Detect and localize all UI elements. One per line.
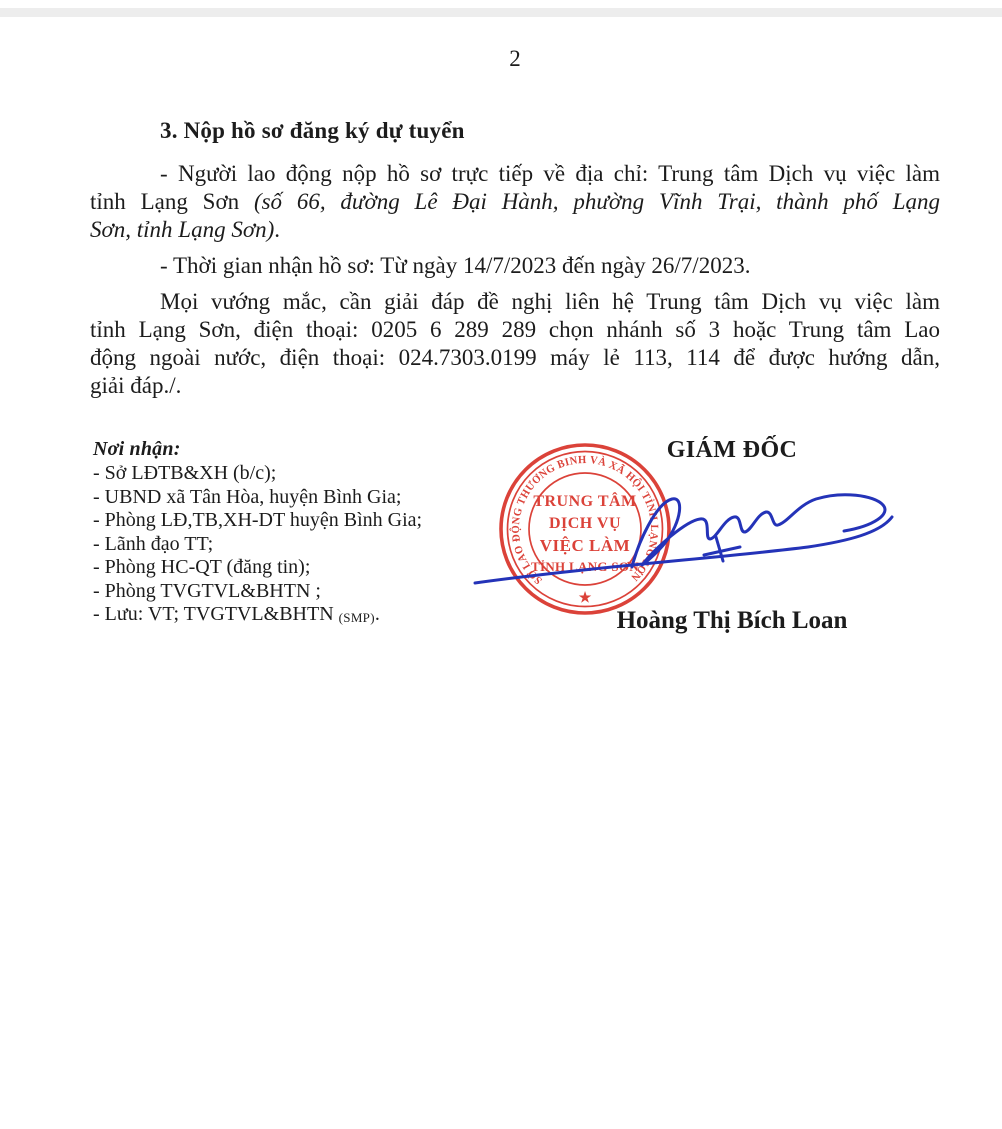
recipients-heading: Nơi nhận: — [93, 437, 513, 462]
text-segment: - Thời gian nhận hồ sơ: Từ ngày 14/7/202… — [160, 253, 750, 278]
recipients-list: - Sở LĐTB&XH (b/c);- UBND xã Tân Hòa, hu… — [93, 462, 513, 630]
recipient-item: - Phòng HC-QT (đăng tin); — [93, 556, 513, 580]
text-segment: (SMP) — [339, 610, 375, 625]
official-stamp: SỞ LAO ĐỘNG THƯƠNG BINH VÀ XÃ HỘI TỈNH L… — [501, 445, 669, 613]
screenshot-top-strip — [0, 8, 1002, 17]
paragraph-line: giải đáp./. — [90, 372, 940, 400]
text-segment: tỉnh Lạng Sơn, điện thoại: 0205 6 289 28… — [90, 317, 940, 342]
stamp-center-line-3: VIỆC LÀM — [540, 536, 630, 555]
text-segment: - UBND xã Tân Hòa, huyện Bình Gia; — [93, 486, 401, 508]
recipient-item: - Phòng TVGTVL&BHTN ; — [93, 580, 513, 604]
paragraph-line: - Người lao động nộp hồ sơ trực tiếp về … — [90, 160, 940, 188]
paragraph-line: Mọi vướng mắc, cần giải đáp đề nghị liên… — [90, 288, 940, 316]
text-segment: Sơn, tỉnh Lạng Sơn) — [90, 217, 274, 242]
paragraph-line: động ngoài nước, điện thoại: 024.7303.01… — [90, 344, 940, 372]
text-segment: Mọi vướng mắc, cần giải đáp đề nghị liên… — [160, 289, 940, 314]
text-segment: (số 66, đường Lê Đại Hành, phường Vĩnh T… — [254, 189, 940, 214]
stamp-center-line-1: TRUNG TÂM — [533, 491, 636, 510]
text-segment: - Sở LĐTB&XH (b/c); — [93, 462, 276, 484]
recipients-block: Nơi nhận: - Sở LĐTB&XH (b/c);- UBND xã T… — [93, 437, 513, 630]
paragraph-line: Sơn, tỉnh Lạng Sơn). — [90, 216, 940, 244]
text-segment: giải đáp./. — [90, 373, 181, 398]
star-icon: ★ — [579, 590, 592, 606]
paragraph-line: tỉnh Lạng Sơn (số 66, đường Lê Đại Hành,… — [90, 188, 940, 216]
section-heading: 3. Nộp hồ sơ đăng ký dự tuyển — [90, 116, 940, 146]
text-segment: động ngoài nước, điện thoại: 024.7303.01… — [90, 345, 940, 370]
text-segment: - Phòng LĐ,TB,XH-DT huyện Bình Gia; — [93, 509, 422, 531]
recipient-item: - UBND xã Tân Hòa, huyện Bình Gia; — [93, 486, 513, 510]
body-paragraph: - Thời gian nhận hồ sơ: Từ ngày 14/7/202… — [90, 252, 940, 280]
text-segment: - Phòng TVGTVL&BHTN ; — [93, 580, 321, 602]
recipient-item: - Phòng LĐ,TB,XH-DT huyện Bình Gia; — [93, 509, 513, 533]
stamp-center-line-2: DỊCH VỤ — [549, 515, 621, 532]
paragraph-line: - Thời gian nhận hồ sơ: Từ ngày 14/7/202… — [90, 252, 940, 280]
official-stamp-and-signature: SỞ LAO ĐỘNG THƯƠNG BINH VÀ XÃ HỘI TỈNH L… — [460, 425, 910, 630]
body-paragraph: - Người lao động nộp hồ sơ trực tiếp về … — [90, 160, 940, 244]
text-segment: - Lãnh đạo TT; — [93, 533, 213, 555]
text-segment: - Người lao động nộp hồ sơ trực tiếp về … — [160, 161, 940, 186]
text-segment: - Lưu: VT; TVGTVL&BHTN — [93, 603, 339, 625]
text-segment: - Phòng HC-QT (đăng tin); — [93, 556, 310, 578]
text-segment: . — [375, 603, 380, 625]
text-segment: . — [274, 217, 280, 242]
body-paragraphs: - Người lao động nộp hồ sơ trực tiếp về … — [90, 160, 940, 400]
body-paragraph: Mọi vướng mắc, cần giải đáp đề nghị liên… — [90, 288, 940, 400]
recipient-item: - Sở LĐTB&XH (b/c); — [93, 462, 513, 486]
paragraph-line: tỉnh Lạng Sơn, điện thoại: 0205 6 289 28… — [90, 316, 940, 344]
text-segment: tỉnh Lạng Sơn — [90, 189, 254, 214]
document-body: 3. Nộp hồ sơ đăng ký dự tuyển - Người la… — [90, 116, 940, 400]
recipient-item: - Lưu: VT; TVGTVL&BHTN (SMP). — [93, 603, 513, 630]
page-number: 2 — [90, 46, 940, 72]
recipient-item: - Lãnh đạo TT; — [93, 533, 513, 557]
